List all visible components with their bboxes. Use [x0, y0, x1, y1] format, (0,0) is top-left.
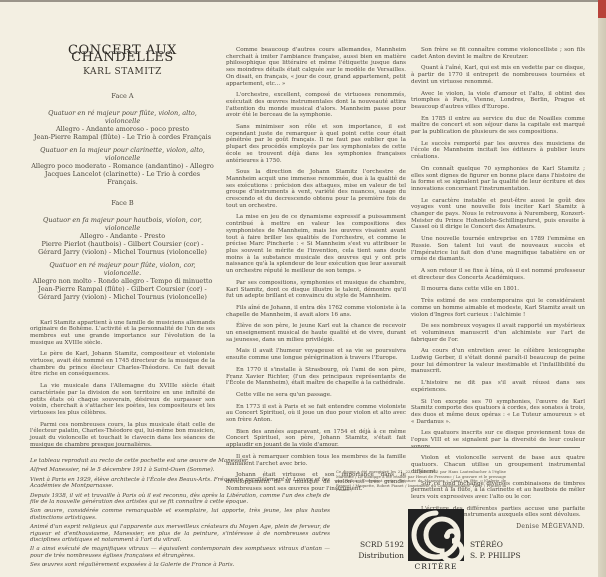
paragraph: En 1770 il s'installe à Strasbourg, où l…	[226, 367, 406, 387]
paragraph: Comme beaucoup d'autres cours allemandes…	[226, 47, 406, 87]
sleeve-edge-red	[598, 0, 606, 18]
paragraph: Son œuvre, considérée comme remarquable …	[30, 508, 330, 521]
paragraph: On connaît quelque 70 symphonies de Karl…	[411, 166, 585, 193]
face-b-work-2: Quatuor en ré majeur pour flûte, violon,…	[30, 261, 215, 301]
catalog-info: SCRD 5192 Distribution	[342, 539, 404, 561]
paragraph: A son retour il se fixe à Iéna, où il es…	[411, 268, 585, 281]
critere-logo: CRITÈRE	[408, 509, 464, 573]
paragraph: Très estimé de ses contemporains qui le …	[411, 298, 585, 318]
paragraph: Il a ainsi exécuté de magnifiques vitrau…	[30, 546, 330, 559]
paragraph: Ses œuvres sont régulièrement exposées à…	[30, 562, 330, 568]
catalog-number: SCRD 5192	[342, 539, 404, 550]
column-notes-2: Comme beaucoup d'autres cours allemandes…	[226, 47, 406, 497]
paragraph: En 1785 il entre au service du duc de No…	[411, 116, 585, 136]
recording-note: Ce disque a été enregistré les 21, 22, 2…	[336, 470, 506, 493]
paragraph: Quant à l'aîné, Karl, qui est mis en ved…	[411, 65, 585, 85]
face-a-label: Face A	[30, 93, 215, 100]
paragraph: Le tableau reproduit au recto de cette p…	[30, 458, 330, 464]
notes-col3: Son frère se fit connaître comme violonc…	[411, 47, 585, 519]
paragraph: Sous la direction de Johann Stamitz l'or…	[226, 169, 406, 209]
album-title: CONCERT AUX CHANDELLES	[30, 48, 215, 61]
paragraph: Au cours d'un entretien avec le célèbre …	[411, 348, 585, 375]
work-title: Quatuor en ré majeur pour flûte, violon,…	[48, 109, 197, 125]
paragraph: Le caractère instable et peut-être aussi…	[411, 198, 585, 232]
paragraph: Si l'on excepte ses 70 symphonies, l'œuv…	[411, 399, 585, 426]
spiral-logo-icon	[408, 509, 464, 561]
face-a-work-1: Quatuor en ré majeur pour flûte, violon,…	[30, 109, 215, 141]
sleeve-edge	[598, 0, 606, 577]
paragraph: Élève de son père, le jeune Karl eut la …	[226, 323, 406, 343]
work-title: Quatuor en la majeur pour clarinette, vi…	[40, 146, 205, 162]
paragraph: Animé d'un esprit religieux qui l'appare…	[30, 524, 330, 543]
work-movements: Allegro - Andante amoroso - poco presto	[30, 125, 215, 133]
work-performers: Jean-Pierre Rampal (flûte) - Gilbert Cou…	[30, 285, 215, 301]
distributor-name: S. P. PHILIPS	[470, 550, 521, 561]
composer-name: KARL STAMITZ	[30, 69, 215, 76]
distribution-label: Distribution	[342, 550, 404, 561]
face-b-work-1: Quatuor en fa majeur pour hautbois, viol…	[30, 216, 215, 256]
paragraph: Sans minimiser son rôle et son importanc…	[226, 124, 406, 164]
work-title: Quatuor en ré majeur pour flûte, violon,…	[49, 261, 195, 277]
paragraph: La vie musicale dans l'Allemagne du XVII…	[30, 383, 215, 417]
paragraph: Parmi ces nombreuses cours, la plus musi…	[30, 422, 215, 449]
paragraph: Cette ville ne sera qu'un passage.	[226, 392, 406, 399]
work-performers: Jacques Lancelot (clarinette) - Le Trio …	[30, 170, 215, 186]
paragraph: Son frère se fit connaître comme violonc…	[411, 47, 585, 60]
paragraph: L'histoire ne dit pas s'il avait réussi …	[411, 380, 585, 393]
paragraph: De ses nombreux voyages il avait rapport…	[411, 323, 585, 343]
work-performers: Jean-Pierre Rampal (flûte) - Le Trio à c…	[30, 133, 215, 141]
paragraph: Le père de Karl, Johann Stamitz, composi…	[30, 351, 215, 378]
stereo-label: STÉRÉO	[470, 539, 521, 550]
stereo-info: STÉRÉO S. P. PHILIPS	[470, 539, 521, 561]
divider-line	[30, 447, 580, 448]
notes-col1: Karl Stamitz appartient à une famille de…	[30, 320, 215, 449]
paragraph: Par ses compositions, symphonies et musi…	[226, 280, 406, 300]
paragraph: Vient à Paris en 1929, élève architecte …	[30, 477, 330, 490]
cover-art-credits: Le tableau reproduit au recto de cette p…	[30, 458, 330, 572]
paragraph: L'orchestre, excellent, composé de virtu…	[226, 92, 406, 119]
paragraph: Alfred Manessier, né le 5 décembre 1911 …	[30, 467, 330, 473]
paragraph: Depuis 1938, il vit et travaille à Paris…	[30, 493, 330, 506]
paragraph: La mise en jeu de ce dynamisme expressif…	[226, 214, 406, 274]
column-notes-3: Son frère se fit connaître comme violonc…	[411, 47, 585, 531]
paragraph: Bien des années auparavant, en 1754 et d…	[226, 429, 406, 449]
face-a-work-2: Quatuor en la majeur pour clarinette, vi…	[30, 146, 215, 186]
paragraph: Fils aîné de Johann, il entra dès 1762 c…	[226, 305, 406, 318]
work-movements: Allegro poco moderato - Romance (andanti…	[30, 162, 215, 170]
paragraph: Une nouvelle tournée entreprise en 1789 …	[411, 236, 585, 263]
work-movements: Allegro non molto - Rondo allegro - Temp…	[30, 277, 215, 285]
paragraph: Le succès remporté par les œuvres des mu…	[411, 141, 585, 161]
work-title: Quatuor en fa majeur pour hautbois, viol…	[43, 216, 202, 232]
paragraph: Karl Stamitz appartient à une famille de…	[30, 320, 215, 347]
paragraph: En 1773 il est à Paris et se fait entend…	[226, 404, 406, 424]
face-b-label: Face B	[30, 200, 215, 207]
paragraph: Mais il avait l'humeur voyageuse et sa v…	[226, 348, 406, 361]
column-program: CONCERT AUX CHANDELLES KARL STAMITZ Face…	[30, 44, 215, 453]
paragraph: Avec le violon, la viole d'amour et l'al…	[411, 91, 585, 111]
work-performers: Pierre Pierlot (hautbois) - Gilbert Cour…	[30, 240, 215, 256]
work-movements: Allegro - Andante - Presto	[30, 232, 215, 240]
paragraph: Il mourra dans cette ville en 1801.	[411, 286, 585, 293]
label-name: CRITÈRE	[408, 561, 464, 572]
record-sleeve-back: CONCERT AUX CHANDELLES KARL STAMITZ Face…	[0, 0, 600, 577]
